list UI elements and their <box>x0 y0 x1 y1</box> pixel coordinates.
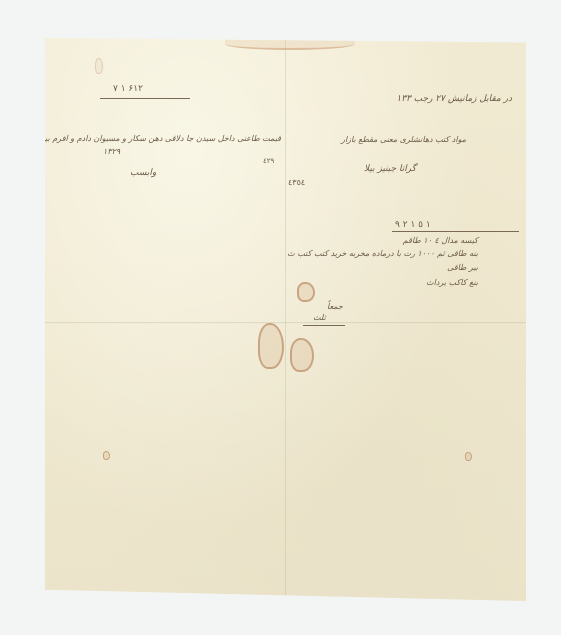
signature-underline <box>303 325 345 326</box>
paper-sheet: ١ ٧ ۶١٢ در مقابل زمانیش ٢٧ رجب ١٣٣ مواد … <box>45 38 526 601</box>
line-2-right: گراتا جبنیز بیلا <box>364 164 416 174</box>
line-1-left: قیمت طاعنی داخل سیدن جا دلاقی دهن سکار و… <box>33 134 281 143</box>
top-edge-stain <box>225 38 355 50</box>
header-left-underline <box>100 98 190 99</box>
header-left-number: ١ ٧ ۶١٢ <box>113 84 143 94</box>
line-1-right: مواد کتب دهانشلری معنی مقطع بازار <box>341 135 466 144</box>
line-2-left: وابسب <box>130 168 156 178</box>
water-stain-left <box>258 323 284 369</box>
water-stain-upper <box>297 282 315 302</box>
entry-1: کیسه مدال ٤ ١٠ طاقم <box>403 236 478 245</box>
spot-top-left <box>95 58 103 74</box>
total-underline <box>392 231 519 232</box>
header-right-line: در مقابل زمانیش ٢٧ رجب ١٣٣ <box>396 94 512 104</box>
document-scan: ١ ٧ ۶١٢ در مقابل زمانیش ٢٧ رجب ١٣٣ مواد … <box>0 0 561 635</box>
water-stain-right <box>290 338 314 372</box>
horizontal-fold-line <box>45 322 526 324</box>
line-1-left-note: ١٣٢٩ <box>103 147 120 156</box>
vertical-fold-line <box>285 38 286 601</box>
total-number: ١ ٥ ١ ٢ ٩ <box>395 220 431 230</box>
spot-right <box>465 452 472 461</box>
entry-2: بنه طاقی ثم ١٠٠٠ رت با درماده مخربه خرید… <box>287 249 478 258</box>
signature: ثلث <box>313 313 326 322</box>
entry-4: بنغ کاکب یرداث <box>426 278 478 287</box>
spot-left <box>103 451 110 460</box>
note-above-signature: جمعاً <box>327 302 343 311</box>
line-2-number-b: ٤٣٥٤ <box>288 178 305 187</box>
line-2-number-a: ٤٢٩ <box>263 157 274 165</box>
entry-3: بیر طاقی <box>447 263 478 272</box>
